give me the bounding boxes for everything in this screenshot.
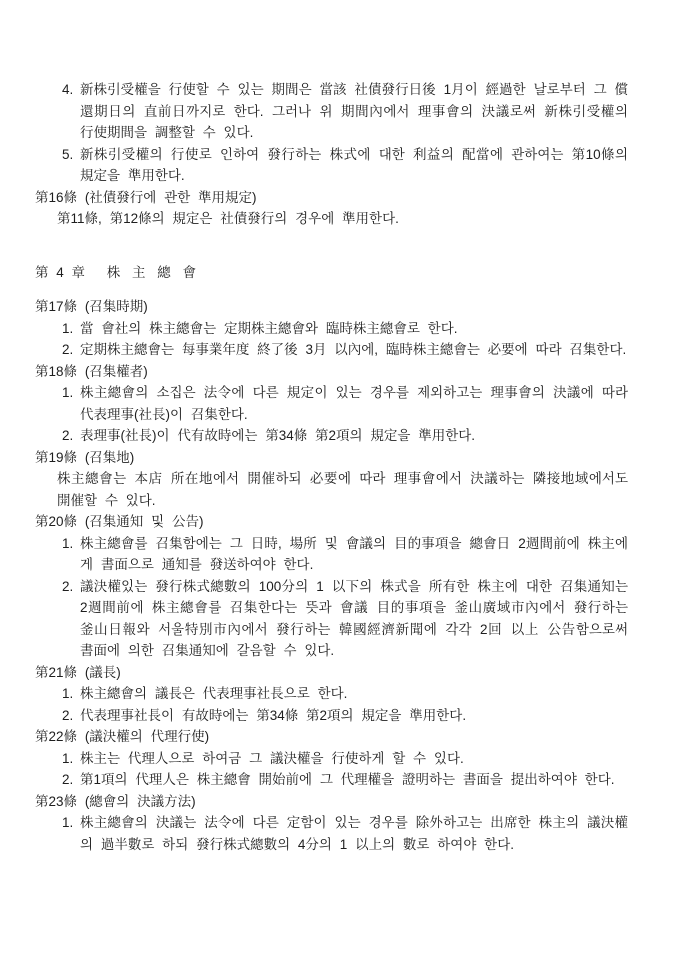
article-heading-19: 第19條 (召集地) (35, 447, 628, 469)
item-text: 株主總會의 소집은 法令에 다른 規定이 있는 경우를 제외하고는 理事會의 決… (80, 385, 628, 422)
chapter-title: 株 主 總 會 (107, 265, 200, 280)
item-text: 第1項의 代理人은 株主總會 開始前에 그 代理權을 證明하는 書面을 提出하여… (80, 772, 615, 787)
item-text: 議決權있는 發行株式總數의 100分의 1 以下의 株式을 所有한 株主에 대한… (80, 579, 628, 659)
article-item: 1. 株主總會의 決議는 法令에 다른 定함이 있는 경우를 除外하고는 出席한… (62, 812, 628, 855)
article-heading-21: 第21條 (議長) (35, 662, 628, 684)
article-heading-23: 第23條 (總會의 決議方法) (35, 791, 628, 813)
document-page: 4. 新株引受權을 行使할 수 있는 期間은 當該 社債發行日後 1月이 經過한… (0, 0, 680, 962)
item-number: 1. (62, 382, 73, 404)
chapter-heading: 第 4 章 株 主 總 會 (35, 262, 628, 284)
item-text: 表理事(社長)이 代有故時에는 第34條 第2項의 規定을 準用한다. (80, 428, 475, 443)
article-item: 1. 株主總會의 소집은 法令에 다른 規定이 있는 경우를 제외하고는 理事會… (62, 382, 628, 425)
chapter-number: 第 4 章 (35, 265, 87, 280)
item-text: 定期株主總會는 每事業年度 終了後 3月 以內에, 臨時株主總會는 必要에 따라… (80, 342, 626, 357)
article-heading-18: 第18條 (召集權者) (35, 361, 628, 383)
article-item: 1. 株主는 代理人으로 하여금 그 議決權을 行使하게 할 수 있다. (62, 748, 628, 770)
article-paragraph: 株主總會는 本店 所在地에서 開催하되 必要에 따라 理事會에서 決議하는 隣接… (57, 468, 628, 511)
item-text: 代表理事社長이 有故時에는 第34條 第2項의 規定을 準用한다. (80, 708, 466, 723)
article-heading-22: 第22條 (議決權의 代理行使) (35, 726, 628, 748)
article-heading-17: 第17條 (召集時期) (35, 296, 628, 318)
article-item: 1. 株主總會를 召集함에는 그 日時, 場所 및 會議의 目的事項을 總會日 … (62, 533, 628, 576)
item-number: 2. (62, 769, 73, 791)
article-item: 2. 代表理事社長이 有故時에는 第34條 第2項의 規定을 準用한다. (62, 705, 628, 727)
item-number: 1. (62, 533, 73, 555)
item-text: 株主總會의 決議는 法令에 다른 定함이 있는 경우를 除外하고는 出席한 株主… (80, 815, 628, 852)
article-item: 2. 表理事(社長)이 代有故時에는 第34條 第2項의 規定을 準用한다. (62, 425, 628, 447)
item-number: 5. (62, 144, 73, 166)
article-item: 2. 定期株主總會는 每事業年度 終了後 3月 以內에, 臨時株主總會는 必要에… (62, 339, 628, 361)
article-paragraph: 第11條, 第12條의 規定은 社債發行의 경우에 準用한다. (57, 208, 628, 230)
article-item: 1. 株主總會의 議長은 代表理事社長으로 한다. (62, 683, 628, 705)
item-number: 2. (62, 425, 73, 447)
item-number: 2. (62, 576, 73, 598)
item-number: 1. (62, 748, 73, 770)
item-number: 1. (62, 683, 73, 705)
item-number: 2. (62, 339, 73, 361)
item-text: 株主總會의 議長은 代表理事社長으로 한다. (80, 686, 347, 701)
item-number: 4. (62, 79, 73, 101)
item-text: 新株引受權의 行使로 인하여 發行하는 株式에 대한 利益의 配當에 관하여는 … (80, 147, 628, 184)
item-text: 新株引受權을 行使할 수 있는 期間은 當該 社債發行日後 1月이 經過한 날로… (80, 82, 628, 140)
item-number: 2. (62, 705, 73, 727)
article-item: 2. 第1項의 代理人은 株主總會 開始前에 그 代理權을 證明하는 書面을 提… (62, 769, 628, 791)
item-number: 1. (62, 812, 73, 834)
item-text: 株主는 代理人으로 하여금 그 議決權을 行使하게 할 수 있다. (80, 751, 464, 766)
article-item: 2. 議決權있는 發行株式總數의 100分의 1 以下의 株式을 所有한 株主에… (62, 576, 628, 662)
article-item: 5. 新株引受權의 行使로 인하여 發行하는 株式에 대한 利益의 配當에 관하… (62, 144, 628, 187)
article-heading-20: 第20條 (召集通知 및 公告) (35, 511, 628, 533)
article-heading-16: 第16條 (社債發行에 관한 準用規定) (35, 187, 628, 209)
item-text: 株主總會를 召集함에는 그 日時, 場所 및 會議의 目的事項을 總會日 2週間… (80, 536, 628, 573)
article-item: 4. 新株引受權을 行使할 수 있는 期間은 當該 社債發行日後 1月이 經過한… (62, 79, 628, 144)
item-number: 1. (62, 318, 73, 340)
item-text: 當 會社의 株主總會는 定期株主總會와 臨時株主總會로 한다. (80, 321, 458, 336)
article-item: 1. 當 會社의 株主總會는 定期株主總會와 臨時株主總會로 한다. (62, 318, 628, 340)
